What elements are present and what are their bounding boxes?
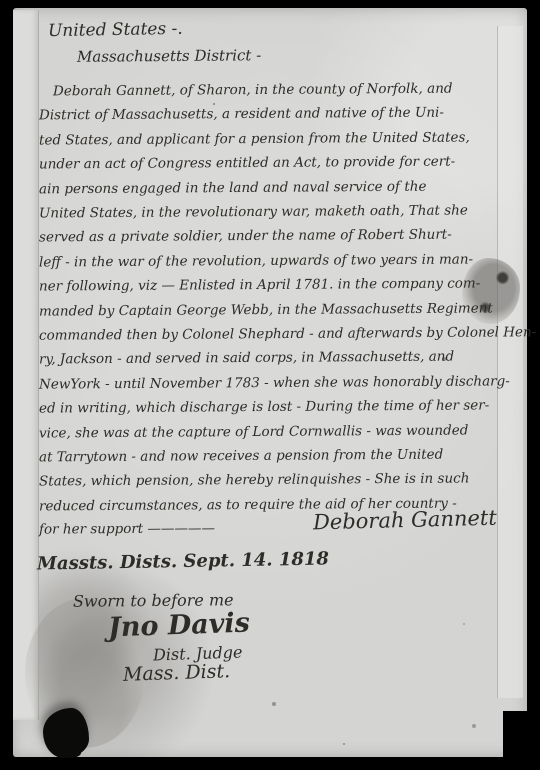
body-line: vice, she was at the capture of Lord Cor… (39, 422, 468, 441)
body-line: commanded then by Colonel Shephard - and… (39, 324, 536, 343)
attestation-sworn-text: Sworn to before me (73, 590, 234, 610)
binding-edge (13, 10, 39, 720)
fold-crease (497, 26, 523, 698)
judge-district: Mass. Dist. (123, 660, 231, 686)
body-line: manded by Captain George Webb, in the Ma… (39, 300, 493, 319)
paper-corner-notch (503, 711, 527, 757)
judge-signature: Jno Davis (108, 608, 251, 644)
caption-massachusetts-district: Massachusetts District - (77, 46, 261, 66)
body-line: States, which pension, she hereby relinq… (39, 471, 469, 490)
body-line: under an act of Congress entitled an Act… (39, 154, 455, 173)
photo-background: United States -. Massachusetts District … (0, 0, 540, 770)
deborah-gannett-signature: Deborah Gannett (313, 506, 497, 535)
document-page: United States -. Massachusetts District … (13, 8, 527, 757)
body-line: ed in writing, which discharge is lost -… (39, 398, 489, 417)
ink-blot (43, 708, 89, 758)
body-line: NewYork - until November 1783 - when she… (39, 373, 510, 392)
caption-united-states: United States -. (48, 19, 183, 41)
body-line: ted States, and applicant for a pension … (39, 129, 470, 148)
body-line: for her support ————— (39, 521, 215, 538)
body-line: United States, in the revolutionary war,… (39, 203, 468, 222)
body-line: at Tarrytown - and now receives a pensio… (39, 447, 443, 466)
body-line: ain persons engaged in the land and nava… (39, 178, 427, 197)
paper-specks (213, 103, 215, 105)
body-line: Deborah Gannett, of Sharon, in the count… (53, 81, 453, 100)
attestation-place-date: Massts. Dists. Sept. 14. 1818 (37, 548, 329, 574)
body-line: leff - in the war of the revolution, upw… (39, 251, 473, 270)
body-line: served as a private soldier, under the n… (39, 227, 452, 246)
body-line: ner following, viz — Enlisted in April 1… (39, 276, 480, 295)
body-line: District of Massachusetts, a resident an… (39, 105, 444, 124)
body-line: ry, Jackson - and served in said corps, … (39, 349, 454, 368)
